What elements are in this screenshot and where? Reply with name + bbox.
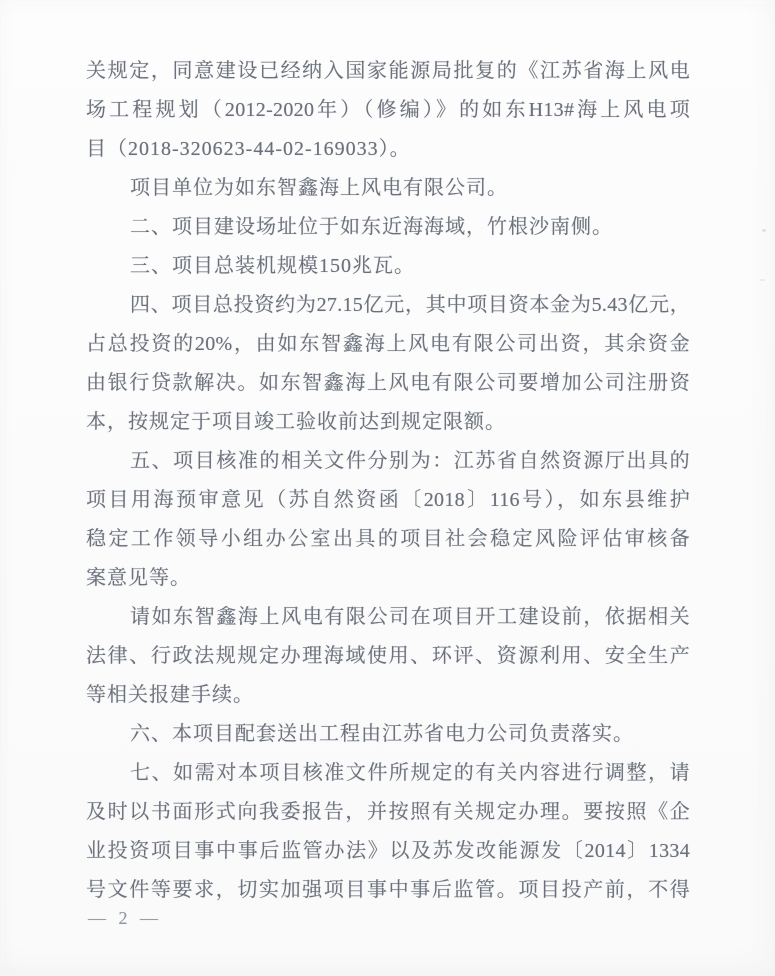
text-line: 目（2018-320623-44-02-169033）。 [86,130,690,169]
text-line: 七、如需对本项目核准文件所规定的有关内容进行调整，请 [86,754,690,793]
scan-speck [762,229,766,232]
page-number: — 2 — [88,908,162,929]
text-line: 关规定，同意建设已经纳入国家能源局批复的《江苏省海上风电 [86,52,690,91]
document-page: 关规定，同意建设已经纳入国家能源局批复的《江苏省海上风电 场工程规划（2012-… [0,0,775,976]
text-line: 案意见等。 [86,559,690,598]
text-line: 五、项目核准的相关文件分别为：江苏省自然资源厅出具的 [86,442,690,481]
text-line: 二、项目建设场址位于如东近海海域，竹根沙南侧。 [86,208,690,247]
text-line: 业投资项目事中事后监管办法》以及苏发改能源发〔2014〕1334 [86,832,690,871]
text-line: 占总投资的20%，由如东智鑫海上风电有限公司出资，其余资金 [86,325,690,364]
text-line: 三、项目总装机规模150兆瓦。 [86,247,690,286]
text-line: 本，按规定于项目竣工验收前达到规定限额。 [86,403,690,442]
text-line: 请如东智鑫海上风电有限公司在项目开工建设前，依据相关 [86,598,690,637]
text-line: 项目用海预审意见（苏自然资函〔2018〕116号），如东县维护 [86,481,690,520]
text-line: 号文件等要求，切实加强项目事中事后监管。项目投产前，不得 [86,871,690,910]
text-line: 由银行贷款解决。如东智鑫海上风电有限公司要增加公司注册资 [86,364,690,403]
scan-speck [760,279,765,281]
text-line: 及时以书面形式向我委报告，并按照有关规定办理。要按照《企 [86,793,690,832]
text-line: 四、项目总投资约为27.15亿元，其中项目资本金为5.43亿元， [86,286,690,325]
text-line: 项目单位为如东智鑫海上风电有限公司。 [86,169,690,208]
text-line: 法律、行政法规规定办理海域使用、环评、资源利用、安全生产 [86,637,690,676]
text-line: 等相关报建手续。 [86,676,690,715]
text-line: 六、本项目配套送出工程由江苏省电力公司负责落实。 [86,715,690,754]
text-line: 稳定工作领导小组办公室出具的项目社会稳定风险评估审核备 [86,520,690,559]
document-text-block: 关规定，同意建设已经纳入国家能源局批复的《江苏省海上风电 场工程规划（2012-… [86,52,690,910]
text-line: 场工程规划（2012-2020年）（修编）》的如东H13#海上风电项 [86,91,690,130]
